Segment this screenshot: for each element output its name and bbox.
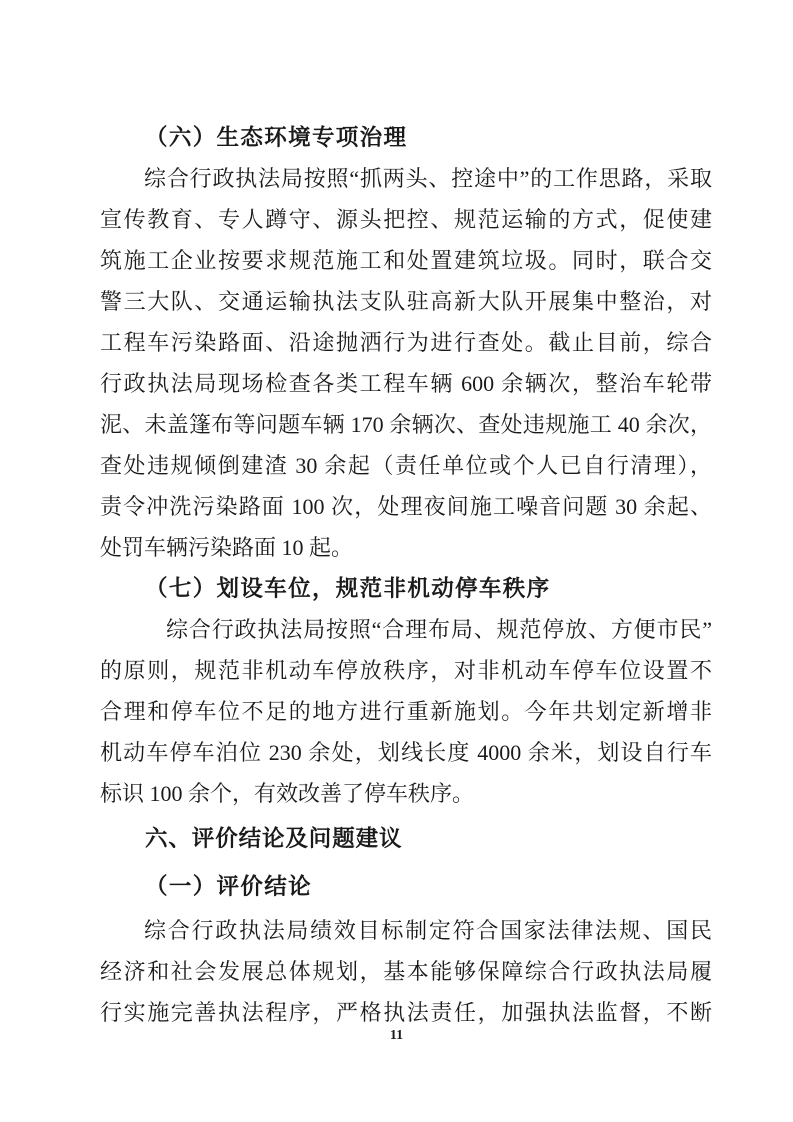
paragraph-line: 泥、未盖篷布等问题车辆 170 余辆次、查处违规施工 40 余次， [100, 404, 712, 445]
document-page: （六）生态环境专项治理 综合行政执法局按照“抓两头、控途中”的工作思路，采取 宣… [0, 0, 793, 1122]
paragraph-line: 综合行政执法局按照“抓两头、控途中”的工作思路，采取 [100, 158, 712, 199]
paragraph-line: 宣传教育、专人蹲守、源头把控、规范运输的方式，促使建 [100, 199, 712, 240]
paragraph-line: 综合行政执法局绩效目标制定符合国家法律法规、国民 [100, 910, 712, 951]
paragraph-line: 行政执法局现场检查各类工程车辆 600 余辆次，整治车轮带 [100, 363, 712, 404]
paragraph-line: 查处违规倾倒建渣 30 余起（责任单位或个人已自行清理）， [100, 445, 712, 486]
paragraph-line: 的原则，规范非机动车停放秩序，对非机动车停车位设置不 [100, 650, 712, 691]
chapter-heading-conclusions: 六、评价结论及问题建议 [100, 818, 712, 859]
section-heading-seven: （七）划设车位，规范非机动停车秩序 [100, 568, 712, 609]
paragraph-line: 合理和停车位不足的地方进行重新施划。今年共划定新增非 [100, 691, 712, 732]
paragraph-line: 标识 100 余个，有效改善了停车秩序。 [100, 773, 712, 814]
document-content: （六）生态环境专项治理 综合行政执法局按照“抓两头、控途中”的工作思路，采取 宣… [100, 117, 712, 1033]
section-heading-one: （一）评价结论 [100, 866, 712, 907]
paragraph-line: 工程车污染路面、沿途抛洒行为进行查处。截止目前，综合 [100, 322, 712, 363]
paragraph-line: 机动车停车泊位 230 余处，划线长度 4000 余米，划设自行车 [100, 732, 712, 773]
paragraph-line: 责令冲洗污染路面 100 次，处理夜间施工噪音问题 30 余起、 [100, 486, 712, 527]
paragraph-line: 经济和社会发展总体规划，基本能够保障综合行政执法局履 [100, 951, 712, 992]
paragraph-line: 处罚车辆污染路面 10 起。 [100, 527, 712, 568]
page-number: 11 [0, 1026, 793, 1046]
section-heading-six: （六）生态环境专项治理 [100, 117, 712, 158]
paragraph-line: 筑施工企业按要求规范施工和处置建筑垃圾。同时，联合交 [100, 240, 712, 281]
paragraph-line: 警三大队、交通运输执法支队驻高新大队开展集中整治，对 [100, 281, 712, 322]
paragraph-line: 综合行政执法局按照“合理布局、规范停放、方便市民” [100, 609, 712, 650]
